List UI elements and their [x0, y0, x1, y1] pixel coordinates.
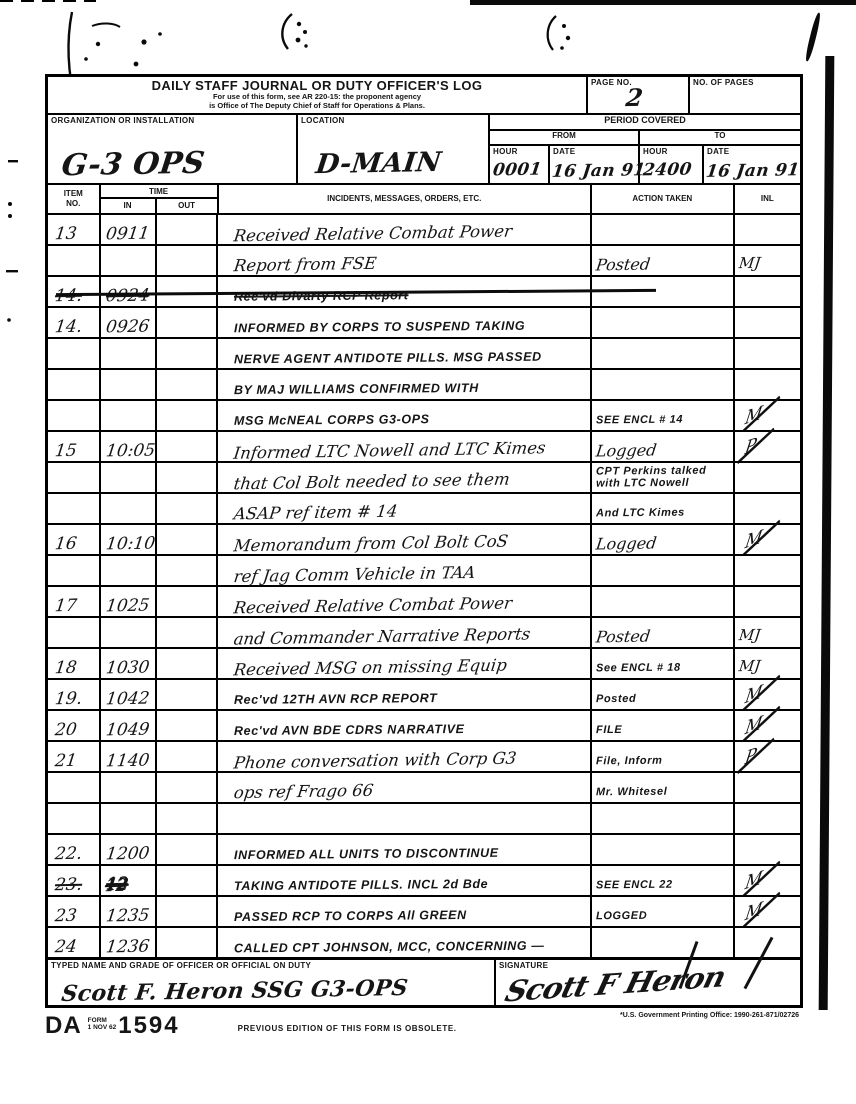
to-date-cell: DATE 16 Jan 91 [704, 146, 800, 183]
item-no-cell: 17 [48, 587, 101, 616]
incident-cell: and Commander Narrative Reports [218, 618, 592, 647]
initials-cell: M [735, 525, 800, 554]
initials-cell: M [735, 897, 800, 926]
time-in-cell: 10:10 [101, 525, 158, 554]
time-out-cell [157, 308, 218, 337]
no-of-pages-label: NO. OF PAGES [693, 78, 754, 87]
incident-text: ops ref Frago 66 [233, 782, 374, 801]
from-date-value: 16 Jan 91 [551, 161, 647, 181]
time-in-cell [101, 773, 158, 802]
incident-text: TAKING ANTIDOTE PILLS. INCL 2d Bde [234, 877, 488, 892]
period-covered-label: PERIOD COVERED [490, 115, 800, 131]
da-form-1594: DAILY STAFF JOURNAL OR DUTY OFFICER'S LO… [45, 74, 803, 1008]
initials-value: M [743, 867, 764, 895]
period-covered-cell: PERIOD COVERED FROM TO HOUR 0001 DATE 16… [490, 115, 800, 183]
incident-cell: Informed LTC Nowell and LTC Kimes [218, 432, 592, 461]
action-text: CPT Perkins talked with LTC Nowell [596, 465, 733, 489]
initials-cell: M [735, 866, 800, 895]
initials-value: MJ [737, 657, 761, 675]
action-cell: CPT Perkins talked with LTC Nowell [592, 463, 735, 492]
action-cell: See ENCL # 18 [592, 649, 735, 678]
from-hour-value: 0001 [492, 161, 543, 181]
initials-cell: M [735, 680, 800, 709]
item-no-cell [48, 556, 101, 585]
journal-row: 201049Rec'vd AVN BDE CDRS NARRATIVEFILEM [48, 709, 800, 740]
journal-row: 241236CALLED CPT JOHNSON, MCC, CONCERNIN… [48, 926, 800, 957]
action-cell: SEE ENCL # 14 [592, 401, 735, 430]
scan-edge-bar [819, 56, 835, 1010]
item-no-cell [48, 463, 101, 492]
action-cell [592, 370, 735, 399]
action-cell: Posted [592, 246, 735, 275]
item-no-cell: 16 [48, 525, 101, 554]
item-no-value: 13 [54, 226, 78, 243]
journal-row: that Col Bolt needed to see themCPT Perk… [48, 461, 800, 492]
incident-cell: that Col Bolt needed to see them [218, 463, 592, 492]
journal-row: 1610:10Memorandum from Col Bolt CoSLogge… [48, 523, 800, 554]
incident-text: Received Relative Combat Power [232, 595, 512, 616]
initials-cell [735, 215, 800, 244]
initials-cell [735, 587, 800, 616]
incident-cell: Rec'vd AVN BDE CDRS NARRATIVE [218, 711, 592, 740]
item-no-cell [48, 773, 101, 802]
time-out-cell [157, 494, 218, 523]
incident-text: INFORMED ALL UNITS TO DISCONTINUE [234, 846, 499, 861]
time-in-cell [101, 463, 158, 492]
initials-cell [735, 370, 800, 399]
journal-row: Report from FSEPostedMJ [48, 244, 800, 275]
incident-text: ref Jag Comm Vehicle in TAA [232, 564, 476, 585]
action-cell: Posted [592, 618, 735, 647]
action-cell [592, 215, 735, 244]
time-out-cell [157, 742, 218, 771]
initials-cell [735, 556, 800, 585]
item-no-cell: 23. [48, 866, 101, 895]
item-no-value: 16 [54, 536, 78, 553]
action-text: Posted [595, 629, 651, 646]
incident-cell: TAKING ANTIDOTE PILLS. INCL 2d Bde [218, 866, 592, 895]
time-header: TIME IN OUT [101, 185, 219, 213]
form-title: DAILY STAFF JOURNAL OR DUTY OFFICER'S LO… [48, 78, 586, 93]
incident-text: Rec'vd 12TH AVN RCP REPORT [234, 692, 437, 706]
time-in-cell: 1049 [101, 711, 158, 740]
item-header-line2: NO. [48, 199, 99, 209]
incident-text: Phone conversation with Corp G3 [232, 750, 517, 771]
initials-value: M [743, 681, 764, 709]
time-in-cell: 0911 [101, 215, 158, 244]
incident-cell: Rec'vd Divarty RCP Report [218, 277, 592, 306]
initials-cell [735, 494, 800, 523]
to-date-label: DATE [707, 147, 729, 156]
initials-value: P [743, 744, 758, 770]
org-period-row: ORGANIZATION OR INSTALLATION G-3 OPS LOC… [48, 113, 800, 183]
journal-row: ref Jag Comm Vehicle in TAA [48, 554, 800, 585]
time-in-cell: 1200 [101, 835, 158, 864]
item-no-value: 17 [54, 598, 78, 615]
to-date-value: 16 Jan 91 [705, 161, 801, 181]
journal-row: 181030Received MSG on missing EquipSee E… [48, 647, 800, 678]
item-no-cell: 14. [48, 308, 101, 337]
time-out-cell [157, 866, 218, 895]
time-out-header: OUT [157, 199, 217, 213]
item-no-value: 21 [54, 753, 78, 770]
incident-text: INFORMED BY CORPS TO SUSPEND TAKING [234, 319, 525, 334]
time-in-value: 0924 [105, 288, 150, 306]
time-in-cell: 10:05 [101, 432, 158, 461]
period-from-label: FROM [490, 131, 640, 144]
incident-text: Report from FSE [233, 255, 377, 274]
da-label: DA [45, 1014, 82, 1038]
item-no-value: 20 [54, 722, 78, 739]
incident-text: Received MSG on missing Equip [232, 657, 507, 678]
initials-cell [735, 804, 800, 833]
location-cell: LOCATION D-MAIN [298, 115, 490, 183]
item-no-cell [48, 339, 101, 368]
incident-cell: Received Relative Combat Power [218, 215, 592, 244]
item-no-value: 18 [54, 660, 78, 677]
incident-cell: INFORMED BY CORPS TO SUSPEND TAKING [218, 308, 592, 337]
item-no-cell: 21 [48, 742, 101, 771]
initials-cell: P [735, 742, 800, 771]
incident-text: MSG McNEAL CORPS G3-OPS [234, 413, 430, 427]
time-out-cell [157, 277, 218, 306]
time-out-cell [157, 401, 218, 430]
action-text: File, Inform [596, 756, 663, 768]
action-cell [592, 556, 735, 585]
typed-name-label: TYPED NAME AND GRADE OF OFFICER OR OFFIC… [51, 961, 311, 970]
incident-cell: INFORMED ALL UNITS TO DISCONTINUE [218, 835, 592, 864]
period-from-to-row: FROM TO [490, 131, 800, 146]
journal-row: 171025Received Relative Combat Power [48, 585, 800, 616]
period-hour-date-row: HOUR 0001 DATE 16 Jan 91 HOUR 2400 DATE … [490, 146, 800, 183]
time-in-cell [101, 370, 158, 399]
time-out-cell [157, 897, 218, 926]
incident-text: PASSED RCP TO CORPS All GREEN [234, 908, 467, 923]
initials-cell [735, 463, 800, 492]
action-cell [592, 804, 735, 833]
page-no-value: 2 [624, 85, 644, 112]
initials-value: M [743, 712, 764, 740]
time-out-cell [157, 804, 218, 833]
item-no-cell: 13 [48, 215, 101, 244]
action-cell [592, 587, 735, 616]
incident-cell: NERVE AGENT ANTIDOTE PILLS. MSG PASSED [218, 339, 592, 368]
item-no-cell [48, 370, 101, 399]
to-hour-value: 2400 [642, 161, 693, 181]
form-title-row: DAILY STAFF JOURNAL OR DUTY OFFICER'S LO… [48, 77, 800, 113]
journal-row: ops ref Frago 66Mr. Whitesel [48, 771, 800, 802]
signature-cell: SIGNATURE Scott F Heron [494, 960, 800, 1005]
incident-cell: ASAP ref item # 14 [218, 494, 592, 523]
action-cell: LOGGED [592, 897, 735, 926]
form-number-strip: *U.S. Government Printing Office: 1990-2… [45, 1014, 805, 1038]
journal-row: 1510:05Informed LTC Nowell and LTC Kimes… [48, 430, 800, 461]
action-cell [592, 835, 735, 864]
initials-value: M [743, 402, 764, 430]
time-in-cell: 1236 [101, 928, 158, 957]
item-no-cell [48, 494, 101, 523]
incident-cell: ops ref Frago 66 [218, 773, 592, 802]
initials-cell: MJ [735, 649, 800, 678]
time-in-value: 0911 [105, 226, 150, 244]
time-out-cell [157, 711, 218, 740]
initials-value: M [743, 526, 764, 554]
time-in-cell: 0926 [101, 308, 158, 337]
item-no-cell: 19. [48, 680, 101, 709]
time-out-cell [157, 432, 218, 461]
action-cell [592, 308, 735, 337]
time-in-cell [101, 401, 158, 430]
action-cell: FILE [592, 711, 735, 740]
journal-row: 19.1042Rec'vd 12TH AVN RCP REPORTPostedM [48, 678, 800, 709]
action-text: Posted [595, 257, 651, 274]
incident-text: Rec'vd AVN BDE CDRS NARRATIVE [234, 722, 465, 737]
action-cell: Posted [592, 680, 735, 709]
initials-cell: M [735, 711, 800, 740]
to-hour-label: HOUR [643, 147, 668, 156]
action-cell: And LTC Kimes [592, 494, 735, 523]
time-out-cell [157, 463, 218, 492]
item-no-cell [48, 401, 101, 430]
initials-cell [735, 835, 800, 864]
action-cell [592, 928, 735, 957]
location-label: LOCATION [301, 116, 345, 125]
from-hour-cell: HOUR 0001 [490, 146, 550, 183]
typed-name-value: Scott F. Heron SSG G3-OPS [60, 976, 409, 1006]
time-in-header: IN [101, 199, 157, 213]
form-number: 1594 [118, 1014, 179, 1038]
journal-row: BY MAJ WILLIAMS CONFIRMED WITH [48, 368, 800, 399]
initials-cell [735, 308, 800, 337]
pen-stroke-mark [804, 12, 822, 62]
edition-date: 1 NOV 62 [88, 1024, 117, 1031]
initials-value: M [743, 898, 764, 926]
time-out-cell [157, 587, 218, 616]
item-header-line1: ITEM [48, 189, 99, 199]
incident-text: Informed LTC Nowell and LTC Kimes [232, 440, 546, 462]
action-text: Mr. Whitesel [596, 787, 667, 799]
time-in-cell: 1025 [101, 587, 158, 616]
item-no-cell: 20 [48, 711, 101, 740]
item-no-cell [48, 246, 101, 275]
smudge-mark-left [272, 10, 322, 60]
signature-label: SIGNATURE [499, 961, 548, 970]
time-in-cell: 12 [101, 866, 158, 895]
item-no-cell: 15 [48, 432, 101, 461]
time-in-cell [101, 556, 158, 585]
action-cell: Logged [592, 525, 735, 554]
item-no-value: 22. [54, 846, 83, 863]
time-in-value: 1049 [105, 722, 150, 740]
action-cell: SEE ENCL 22 [592, 866, 735, 895]
incident-cell: Received Relative Combat Power [218, 587, 592, 616]
incidents-header: INCIDENTS, MESSAGES, ORDERS, ETC. [219, 185, 592, 213]
action-text: See ENCL # 18 [596, 663, 681, 675]
time-out-cell [157, 339, 218, 368]
incident-cell: MSG McNEAL CORPS G3-OPS [218, 401, 592, 430]
action-text: SEE ENCL 22 [596, 880, 673, 892]
journal-row: 231235PASSED RCP TO CORPS All GREENLOGGE… [48, 895, 800, 926]
time-in-value: 1030 [105, 660, 150, 678]
journal-row: ASAP ref item # 14And LTC Kimes [48, 492, 800, 523]
time-in-cell: 1030 [101, 649, 158, 678]
time-out-cell [157, 215, 218, 244]
incident-text: and Commander Narrative Reports [232, 626, 531, 648]
journal-row: and Commander Narrative ReportsPostedMJ [48, 616, 800, 647]
action-cell: Mr. Whitesel [592, 773, 735, 802]
incident-text: that Col Bolt needed to see them [232, 471, 510, 492]
incident-cell: Report from FSE [218, 246, 592, 275]
time-in-cell: 1235 [101, 897, 158, 926]
action-text: SEE ENCL # 14 [596, 415, 683, 427]
item-no-value: 15 [54, 443, 78, 460]
time-in-value: 1042 [105, 691, 150, 709]
item-no-cell: 14. [48, 277, 101, 306]
initials-cell: P [735, 432, 800, 461]
time-in-cell [101, 339, 158, 368]
time-in-value: 1236 [105, 939, 150, 957]
gpo-note: *U.S. Government Printing Office: 1990-2… [620, 1012, 799, 1019]
time-out-cell [157, 773, 218, 802]
item-no-value: 14. [54, 319, 83, 336]
action-text: Posted [596, 694, 636, 706]
item-no-value: 14. [54, 288, 83, 305]
time-out-cell [157, 556, 218, 585]
obsolete-note: PREVIOUS EDITION OF THIS FORM IS OBSOLET… [238, 1024, 457, 1033]
page-no-label: PAGE NO. [591, 78, 632, 87]
incident-text: CALLED CPT JOHNSON, MCC, CONCERNING — [234, 939, 545, 954]
time-in-cell: 0924 [101, 277, 158, 306]
incident-cell: BY MAJ WILLIAMS CONFIRMED WITH [218, 370, 592, 399]
form-edition: FORM 1 NOV 62 [88, 1017, 117, 1031]
from-date-label: DATE [553, 147, 575, 156]
action-taken-header: ACTION TAKEN [592, 185, 735, 213]
journal-row [48, 802, 800, 833]
time-in-value: 0926 [105, 319, 150, 337]
action-text: LOGGED [596, 911, 647, 923]
journal-row: 22.1200INFORMED ALL UNITS TO DISCONTINUE [48, 833, 800, 864]
item-no-value: 19. [54, 691, 83, 708]
initials-value: MJ [737, 254, 761, 272]
action-text: FILE [596, 725, 622, 737]
initials-cell [735, 773, 800, 802]
incident-cell: CALLED CPT JOHNSON, MCC, CONCERNING — [218, 928, 592, 957]
item-no-cell [48, 804, 101, 833]
action-text: Logged [595, 442, 658, 459]
incident-text: Rec'vd Divarty RCP Report [234, 289, 409, 303]
from-date-cell: DATE 16 Jan 91 [550, 146, 640, 183]
dash-marks [0, 0, 96, 2]
to-hour-cell: HOUR 2400 [640, 146, 704, 183]
journal-rows: 130911Received Relative Combat PowerRepo… [48, 213, 800, 957]
time-in-value: 1235 [105, 908, 150, 926]
item-no-cell: 23 [48, 897, 101, 926]
action-text: And LTC Kimes [596, 508, 685, 520]
incident-cell [218, 804, 592, 833]
period-to-label: TO [640, 131, 800, 144]
signature-row: TYPED NAME AND GRADE OF OFFICER OR OFFIC… [48, 957, 800, 1005]
form-title-block: DAILY STAFF JOURNAL OR DUTY OFFICER'S LO… [48, 77, 586, 113]
smudge-mark-right [538, 14, 588, 64]
initials-value: P [743, 434, 758, 460]
time-header-label: TIME [101, 185, 217, 199]
time-in-cell [101, 804, 158, 833]
from-hour-label: HOUR [493, 147, 518, 156]
item-no-value: 23. [54, 877, 83, 894]
margin-marks [2, 150, 28, 370]
initials-value: MJ [737, 626, 761, 644]
incident-cell: Memorandum from Col Bolt CoS [218, 525, 592, 554]
incident-text: NERVE AGENT ANTIDOTE PILLS. MSG PASSED [234, 350, 542, 365]
item-no-value: 24 [54, 939, 78, 956]
time-in-cell [101, 246, 158, 275]
journal-row: 14.0926INFORMED BY CORPS TO SUSPEND TAKI… [48, 306, 800, 337]
journal-row: 130911Received Relative Combat Power [48, 213, 800, 244]
initials-cell [735, 339, 800, 368]
journal-row: 14.0924Rec'vd Divarty RCP Report [48, 275, 800, 306]
incident-cell: ref Jag Comm Vehicle in TAA [218, 556, 592, 585]
time-out-cell [157, 618, 218, 647]
initials-cell [735, 277, 800, 306]
time-in-cell: 1042 [101, 680, 158, 709]
journal-row: MSG McNEAL CORPS G3-OPSSEE ENCL # 14M [48, 399, 800, 430]
item-no-cell: 22. [48, 835, 101, 864]
incident-text: Received Relative Combat Power [232, 223, 512, 244]
action-cell [592, 339, 735, 368]
initials-cell: MJ [735, 618, 800, 647]
time-in-value: 1200 [105, 846, 150, 864]
incident-cell: PASSED RCP TO CORPS All GREEN [218, 897, 592, 926]
time-out-cell [157, 835, 218, 864]
incident-text: ASAP ref item # 14 [233, 503, 399, 522]
journal-table-header: ITEM NO. TIME IN OUT INCIDENTS, MESSAGES… [48, 183, 800, 213]
organization-cell: ORGANIZATION OR INSTALLATION G-3 OPS [48, 115, 298, 183]
time-out-cell [157, 680, 218, 709]
no-of-pages-cell: NO. OF PAGES [688, 77, 800, 113]
incident-text: Memorandum from Col Bolt CoS [232, 533, 508, 554]
initials-cell: MJ [735, 246, 800, 275]
item-no-header: ITEM NO. [48, 185, 101, 213]
action-cell [592, 277, 735, 306]
time-in-value: 1025 [105, 598, 150, 616]
scan-edge-line [470, 0, 856, 5]
item-no-cell [48, 618, 101, 647]
organization-value: G-3 OPS [60, 147, 207, 182]
incident-text: BY MAJ WILLIAMS CONFIRMED WITH [234, 381, 479, 396]
journal-row: 211140Phone conversation with Corp G3Fil… [48, 740, 800, 771]
time-in-cell [101, 494, 158, 523]
time-out-cell [157, 928, 218, 957]
time-out-cell [157, 370, 218, 399]
time-in-value: 12 [105, 877, 129, 894]
scanned-document-page: { "header": { "title": "DAILY STAFF JOUR… [0, 0, 856, 1104]
incident-cell: Phone conversation with Corp G3 [218, 742, 592, 771]
journal-row: 23.12TAKING ANTIDOTE PILLS. INCL 2d BdeS… [48, 864, 800, 895]
initials-cell: M [735, 401, 800, 430]
action-text: Logged [595, 535, 658, 552]
time-in-cell [101, 618, 158, 647]
incident-cell: Received MSG on missing Equip [218, 649, 592, 678]
item-no-value: 23 [54, 908, 78, 925]
form-subtitle-2: is Office of The Deputy Chief of Staff f… [48, 102, 586, 111]
page-no-cell: PAGE NO. 2 [586, 77, 688, 113]
journal-row: NERVE AGENT ANTIDOTE PILLS. MSG PASSED [48, 337, 800, 368]
item-no-cell: 24 [48, 928, 101, 957]
incident-cell: Rec'vd 12TH AVN RCP REPORT [218, 680, 592, 709]
item-no-cell: 18 [48, 649, 101, 678]
time-out-cell [157, 525, 218, 554]
time-in-value: 1140 [105, 753, 150, 771]
